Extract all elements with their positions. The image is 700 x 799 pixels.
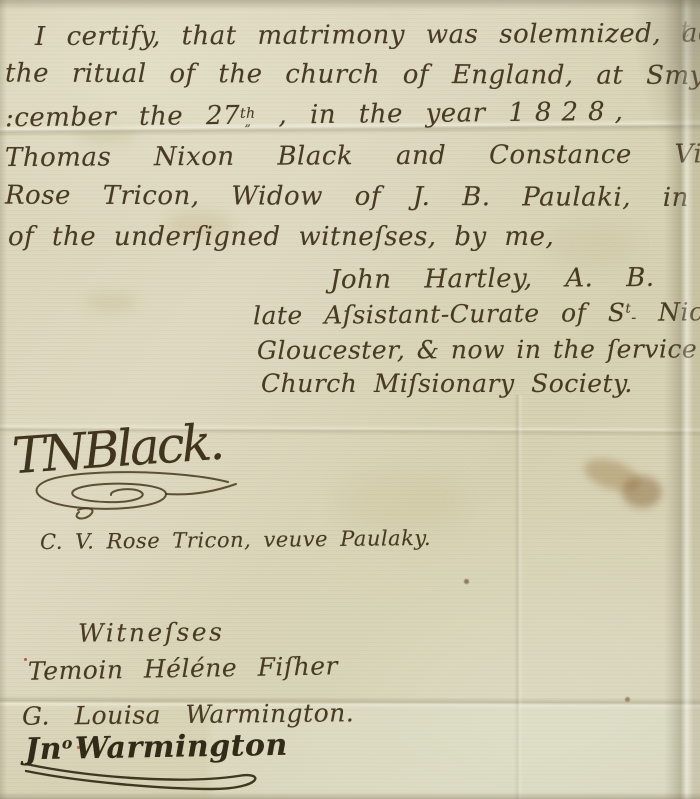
ink-speck [464,579,469,584]
paper-stain [336,468,466,532]
paper-stain [548,222,638,266]
marriage-certificate-document: I certify, that matrimony was solemnized… [0,0,700,799]
certificate-line-1: I certify, that matrimony was solemnized… [35,20,700,50]
certificate-line-1-edge-fragment: t [681,20,690,42]
paper-stain [84,292,138,312]
certificate-line-2: the ritual of the church of England, at … [5,61,700,90]
groom-signature-flourish [14,468,246,526]
bride-signature: C. V. Rose Tricon, veuve Paulaky. [40,528,431,553]
fold-crease-vertical [514,395,523,799]
officiant-name-line: John Hartley, A. B. [330,265,655,293]
red-speck [24,658,27,661]
line3-prefix: :cember the [5,101,183,133]
paper-edge-top [0,0,700,10]
witness-signature-3-flourish [22,758,274,794]
witness-signature-2: G. Louisa Warmington. [22,700,354,728]
paper-stain [622,476,662,508]
line3-mid: , in the year [278,98,486,130]
officiant-title-line-2: Gloucester, & now in the ſervice of the [257,336,700,363]
officiant-title-line-1: late Aſsistant-Curate of St- Nichola [253,299,700,329]
paper-stain [580,453,644,498]
certificate-line-4: Thomas Nixon Black and Constance Victoir… [5,141,700,171]
certificate-line-3: :cember the 27th„ , in the year 1828, be… [5,97,700,132]
certificate-line-6: of the underſigned witneſses, by me, [8,224,554,250]
certificate-line-5: Rose Tricon, Widow of J. B. Paulaki, in … [5,183,700,212]
ink-speck [625,697,630,702]
line3-comma: , [614,97,623,127]
witnesses-heading: Witneſses [78,619,225,645]
officiant-title-line-3: Church Miſsionary Society. [261,371,633,396]
wedding-year: 1828 [508,97,614,128]
wedding-day: 27th„ [206,101,256,132]
witness-signature-1: Temoin Héléne Fiſher [28,653,338,683]
